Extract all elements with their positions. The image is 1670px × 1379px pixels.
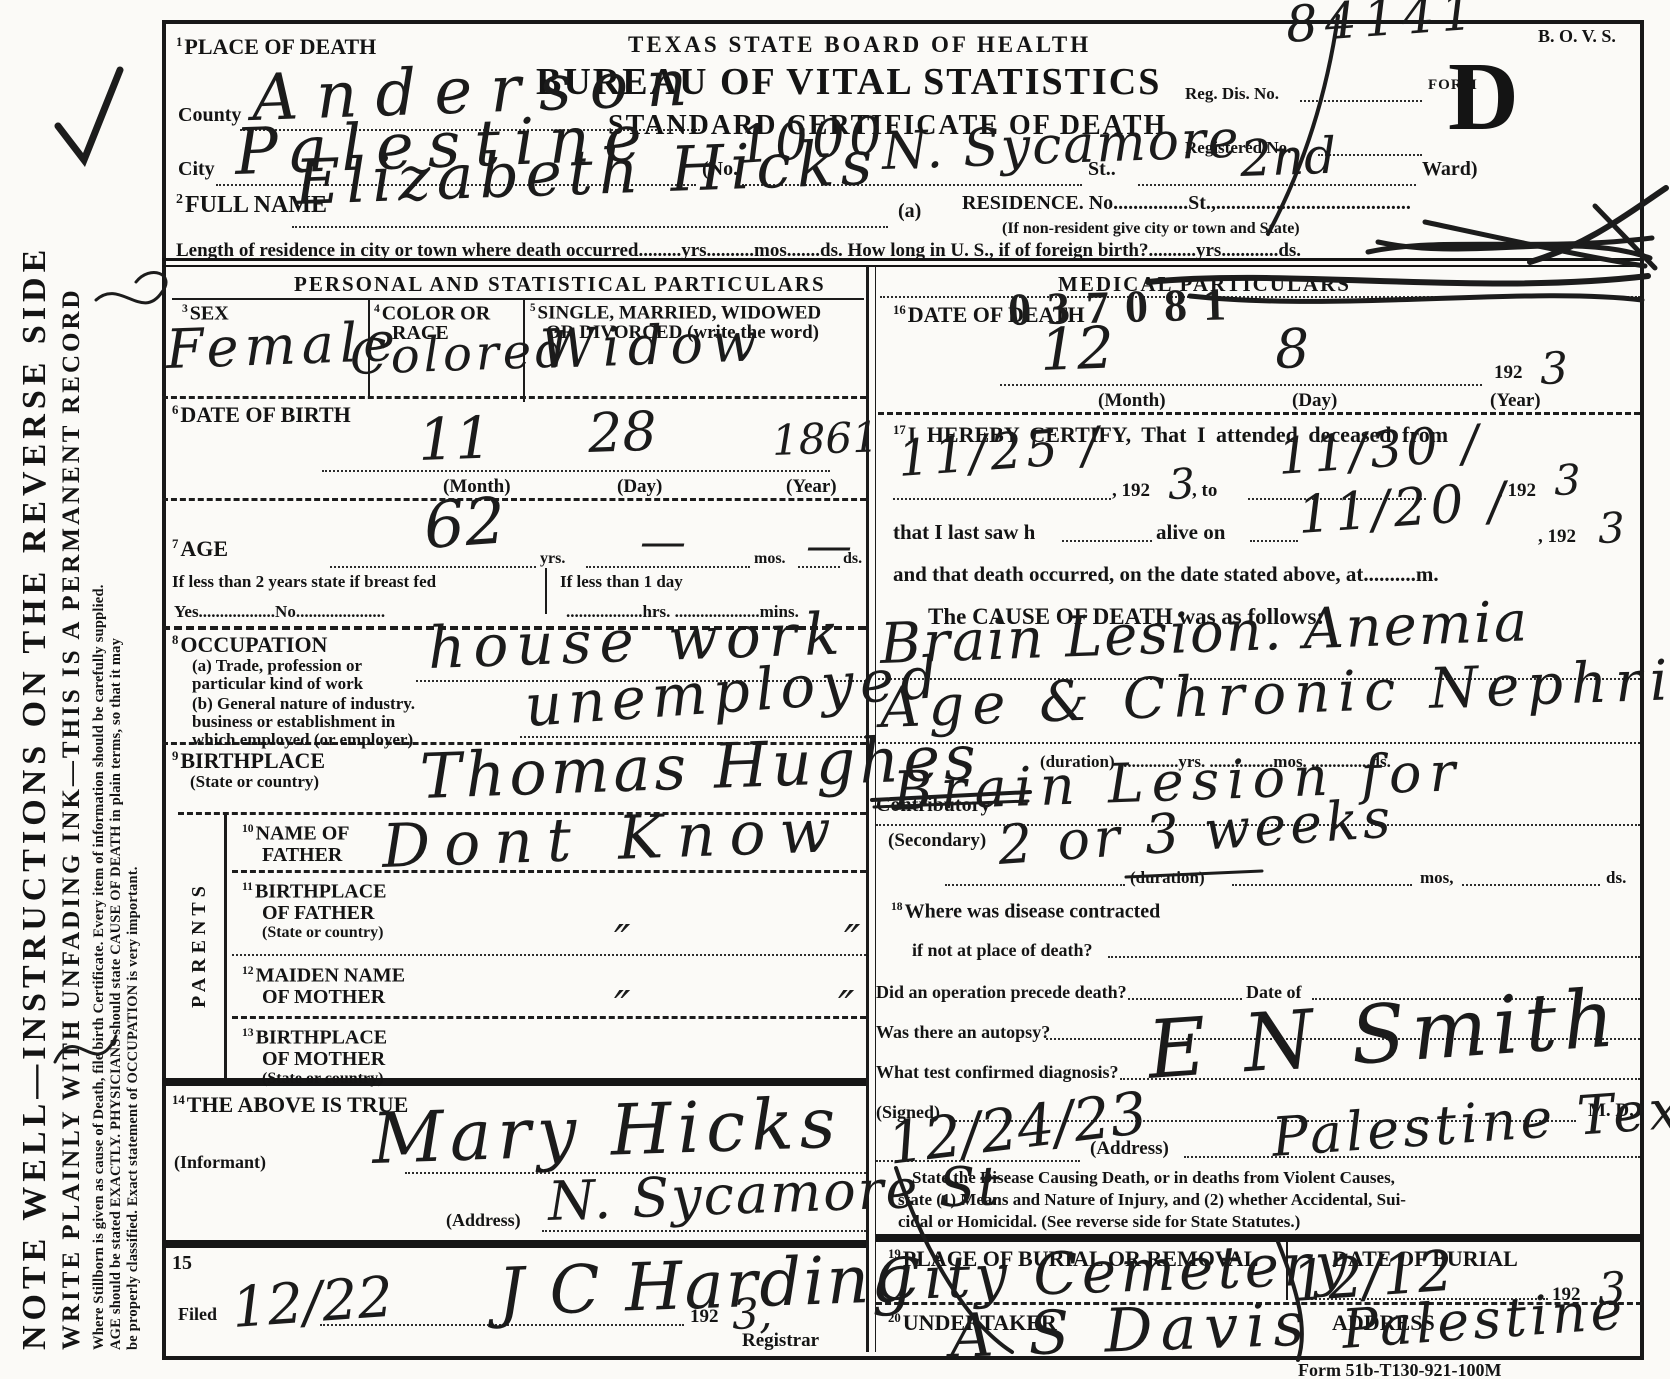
residence-line: RESIDENCE. No...............St.,........… [962,192,1411,215]
duration2-label: (duration) [1130,868,1205,888]
form-word-vertical: FORM [1428,76,1444,95]
dob-label: 6DATE OF BIRTH [172,402,351,428]
row12-bottom-rule [232,1016,866,1019]
duration2-rule-2 [1232,884,1412,886]
dod-year-printed: 192 [1494,362,1523,384]
father-birthplace-label-2: OF FATHER [262,902,374,925]
age-mos-handwriting: — [640,514,686,568]
occupation-a-line1: (a) Trade, profession or [192,656,362,676]
father-birthplace-ditto-2: ″ [844,916,860,967]
last-saw-label: that I last saw h [893,520,1035,545]
undertaker-handwriting: A S Davis [949,1289,1314,1372]
filed-label: Filed [178,1304,217,1325]
sidebar-small-1: Where Stillborn is given as cause of Dea… [91,80,108,1350]
yes-no-line: Yes..................No.................… [174,602,385,622]
from-year-printed: , 192 [1112,480,1150,502]
mother-maiden-ditto-2: ″ [838,982,854,1033]
last-saw-rule-2 [1250,540,1298,542]
breastfed-label: If less than 2 years state if breast fed [172,572,436,592]
cells-top-rule [172,298,864,300]
length-of-residence-line: Length of residence in city or town wher… [176,240,1301,262]
sidebar-instructions: NOTE WELL—INSTRUCTIONS ON THE REVERSE SI… [16,80,142,1350]
age-yrs-unit: yrs. [540,550,565,568]
autopsy-line: Was there an autopsy? [876,1022,1050,1043]
attended-from-rule [893,498,1111,500]
mother-birthplace-label-2: OF MOTHER [262,1048,385,1071]
birthplace-sub-label: (State or country) [190,772,319,792]
duration2-mos-label: mos, [1420,868,1454,888]
age-yrs-rule [330,566,536,568]
dob-year-handwriting: 1861 [771,412,880,465]
birthplace-label: 9BIRTHPLACE [172,748,325,774]
full-name-rule [292,226,888,228]
city-label: City [178,158,215,181]
duration2-rule-3 [1462,884,1600,886]
dod-month-caption: (Month) [1098,390,1166,412]
nonresident-note: (If non-resident give city or town and S… [1002,220,1300,238]
breastfed-divider [545,568,547,614]
form-number-text: Form 51b-T130-921-100M [1298,1360,1501,1379]
father-birthplace-ditto-1: ″ [614,916,630,967]
marital-handwriting: Widow [539,310,766,381]
dob-month-handwriting: 11 [417,403,493,474]
not-at-place-rule [1108,956,1640,958]
secondary-label: (Secondary) [888,830,986,852]
sidebar-write-plainly: WRITE PLAINLY WITH UNFADING INK—THIS IS … [58,80,86,1350]
dod-year-caption: (Year) [1490,390,1541,412]
dob-year-caption: (Year) [786,476,837,498]
bovs-label: B. O. V. S. [1538,26,1616,47]
from-year-handwriting: 3 [1167,459,1195,509]
death-certificate-scan: NOTE WELL—INSTRUCTIONS ON THE REVERSE SI… [0,0,1670,1379]
reg-dis-rule [1300,100,1422,102]
ward-handwriting: 2nd [1239,127,1337,188]
father-birthplace-sub: (State or country) [262,924,383,942]
mother-maiden-label-1: 12MAIDEN NAME [242,964,405,988]
father-birthplace-label-1: 11BIRTHPLACE [242,880,387,904]
reg-dis-label: Reg. Dis. No. [1185,84,1279,104]
sidebar-note-well: NOTE WELL—INSTRUCTIONS ON THE REVERSE SI… [16,80,54,1350]
to-label: , to [1192,480,1217,502]
alive-on-label: alive on [1156,520,1225,545]
dod-rule [1000,384,1482,386]
occupation-b-line3: which employed (or employer) [192,730,413,750]
mother-maiden-ditto-1: ″ [614,982,630,1033]
occupation-b-line1: (b) General nature of industry. [192,694,415,714]
last-saw-rule-1 [1062,540,1152,542]
sidebar-small-3: be properly classified. Exact statement … [125,80,142,1350]
mother-maiden-label-2: OF MOTHER [262,986,385,1009]
duration2-ds-label: ds. [1606,868,1626,888]
age-ds-handwriting: — [806,518,852,572]
death-occurred-line: and that death occurred, on the date sta… [893,562,1439,587]
dod-month-handwriting: 12 [1039,313,1115,384]
county-label: County [178,104,241,127]
last-saw-year-handwriting: 3 [1597,503,1625,553]
cause-rule-2 [878,742,1640,744]
dod-year-handwriting: 3 [1539,343,1569,395]
dod-day-handwriting: 8 [1274,317,1311,381]
mother-birthplace-sub: (State or country) [262,1070,383,1088]
operation-line: Did an operation precede death? [876,982,1127,1003]
parents-box-border [224,812,227,1078]
parents-vertical-label: PARENTS [188,808,211,1008]
age-years-handwriting: 62 [421,484,507,564]
informant-label: (Informant) [174,1152,266,1173]
dod-day-caption: (Day) [1292,390,1337,412]
lessday-label: If less than 1 day [560,572,683,592]
sidebar-small-2: AGE should be stated EXACTLY. PHYSICIANS… [108,80,125,1350]
not-at-place-line: if not at place of death? [912,940,1092,961]
mother-birthplace-label-1: 13BIRTHPLACE [242,1026,387,1050]
father-name-label-2: FATHER [262,844,342,867]
occupation-b-line2: business or establishment in [192,712,395,732]
row11-bottom-rule [232,954,866,956]
row6-bottom-rule [162,498,866,501]
where-contracted-label: 18Where was disease contracted [891,900,1160,924]
to-year-handwriting: 3 [1553,455,1581,505]
field-15-label: 15 [172,1252,192,1275]
color-handwriting: Colored [349,322,571,386]
father-name-label-1: 10NAME OF [242,822,349,846]
duration2-rule-1 [945,884,1125,886]
place-of-death-label: 1PLACE OF DEATH [176,34,376,60]
informant-address-label: (Address) [446,1210,521,1231]
last-saw-year-printed: , 192 [1538,526,1576,548]
dod-bottom-rule [878,412,1640,415]
street-handwriting: N. Sycamore [881,110,1241,182]
age-label: 7AGE [172,536,228,562]
registrar-signature-handwriting: J C Harding [497,1239,917,1331]
form-number: Form 51b-T130-921-100M [1298,1360,1501,1379]
personal-title: PERSONAL AND STATISTICAL PARTICULARS [294,272,826,297]
test-line: What test confirmed diagnosis? [876,1062,1119,1083]
dob-day-caption: (Day) [617,476,662,498]
residence-a-label: (a) [898,200,921,223]
occupation-label: 8OCCUPATION [172,632,327,658]
age-mos-unit: mos. [754,550,786,568]
dob-day-handwriting: 28 [587,400,658,465]
form-letter-d: D [1448,48,1519,146]
occupation-a-line2: particular kind of work [192,674,363,694]
ward-label: Ward) [1422,158,1478,181]
dob-rule [322,470,830,472]
row3-bottom-rule [162,396,866,399]
filed-date-handwriting: 12/22 [230,1265,396,1341]
